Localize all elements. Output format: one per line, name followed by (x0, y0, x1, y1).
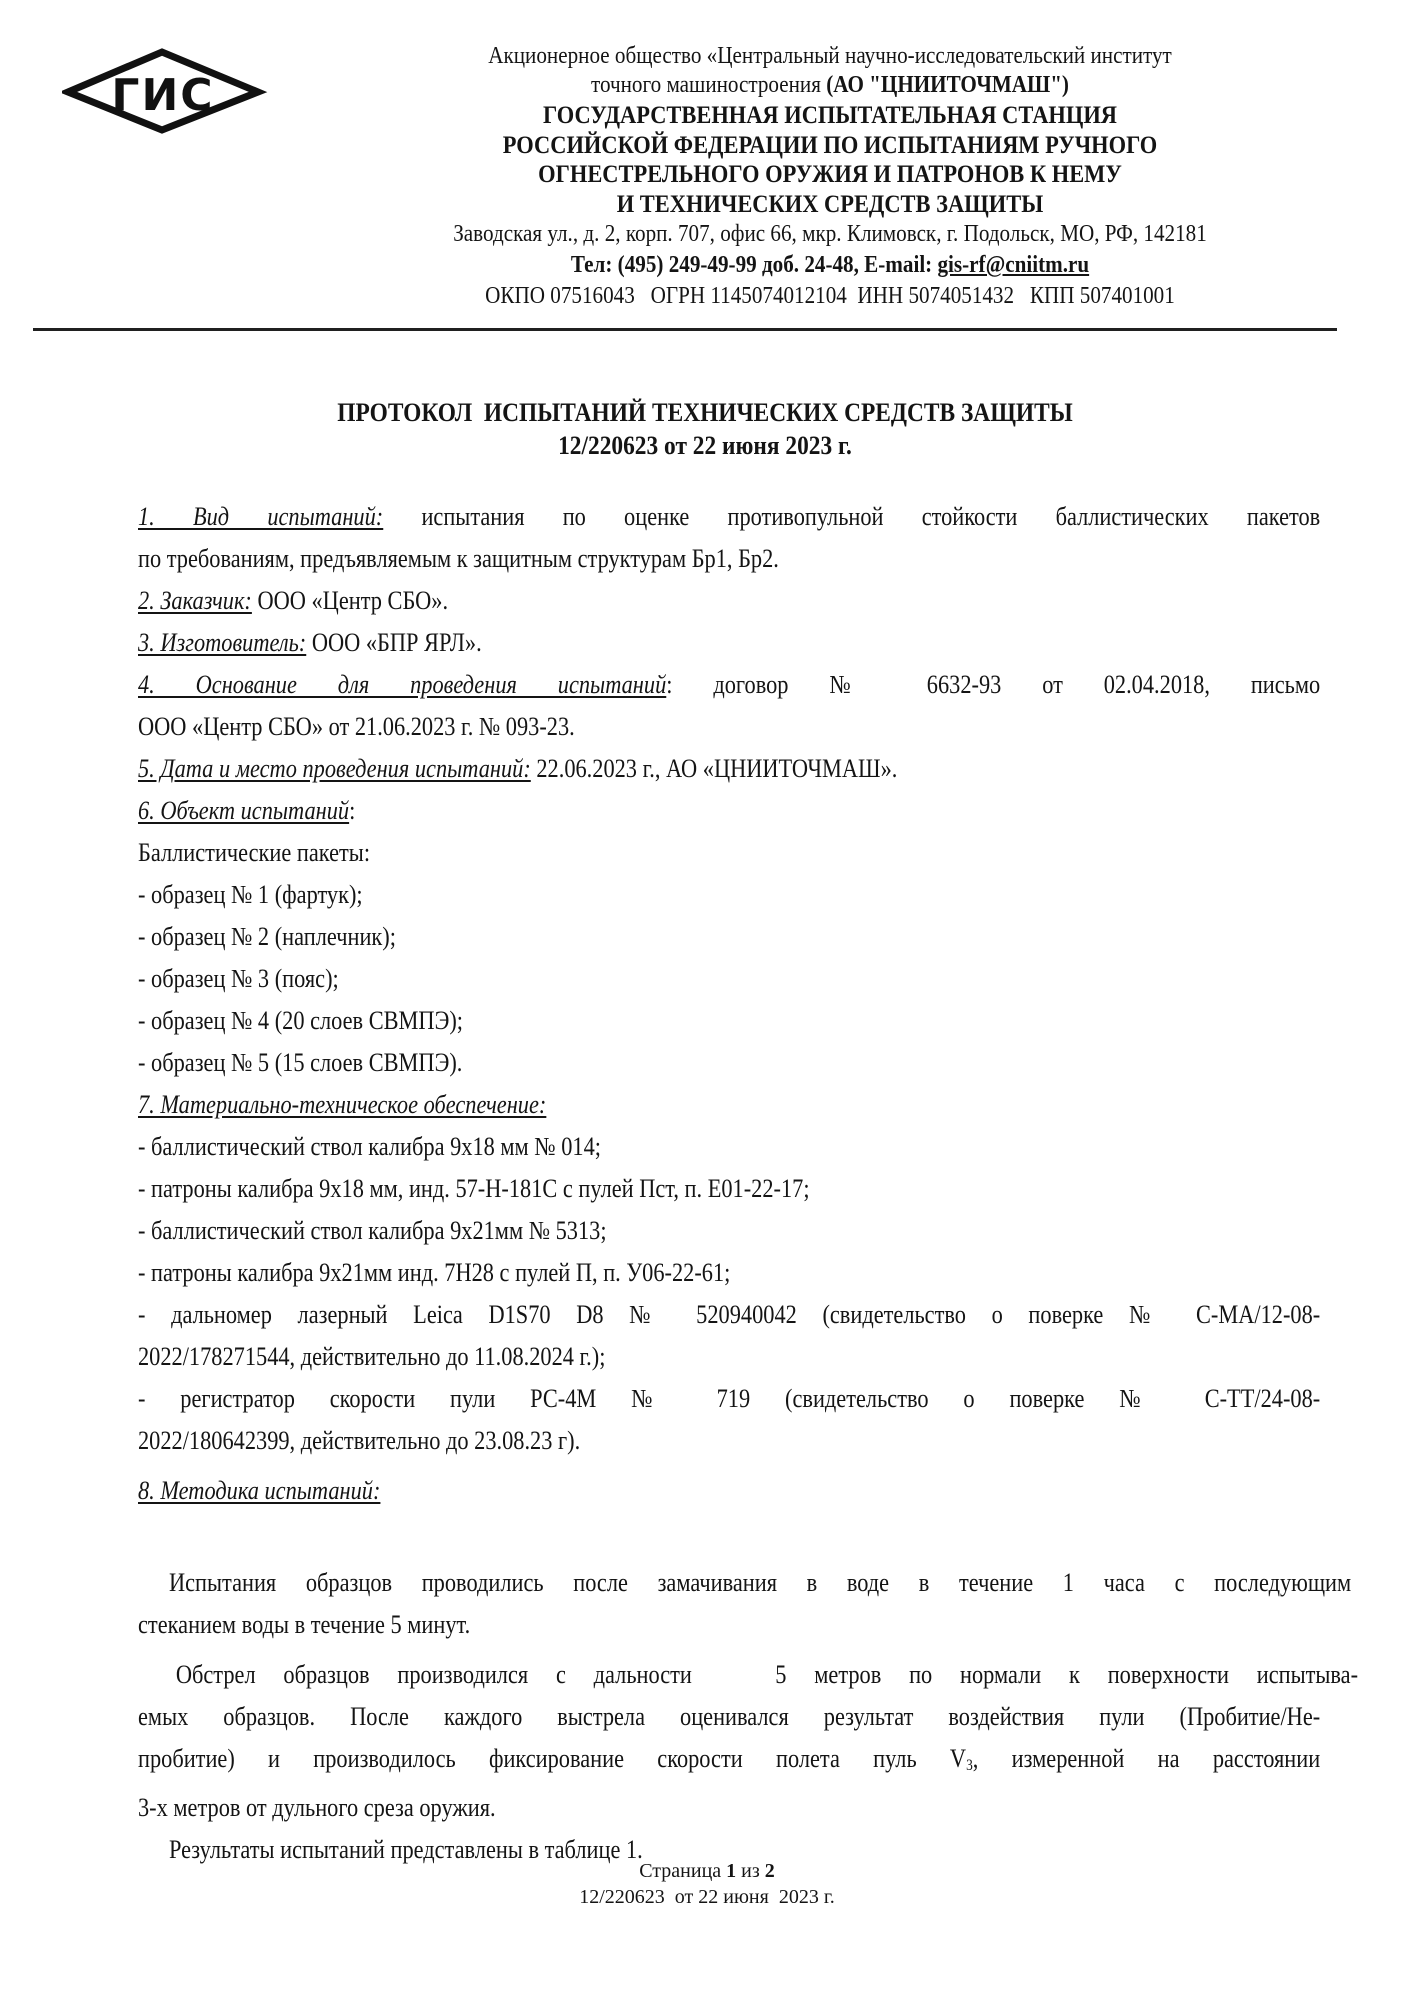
registry-codes: ОКПО 07516043 ОГРН 1145074012104 ИНН 507… (390, 281, 1270, 312)
equipment-item: - баллистический ствол калибра 9х21мм № … (138, 1210, 1320, 1252)
page-number: Страница 1 из 2 (400, 1858, 1014, 1884)
sample-item: - образец № 2 (наплечник); (138, 916, 1320, 958)
document-title: ПРОТОКОЛ ИСПЫТАНИЙ ТЕХНИЧЕСКИХ СРЕДСТВ З… (130, 396, 1280, 462)
footer-doc-ref: 12/220623 от 22 июня 2023 г. (400, 1884, 1014, 1910)
section-1: 1. Вид испытаний: испытания по оценке пр… (138, 496, 1320, 538)
sample-item: - образец № 5 (15 слоев СВМПЭ). (138, 1042, 1320, 1084)
method-paragraph-cont: пробитие) и производилось фиксирование с… (138, 1738, 1320, 1787)
org-name-line-2: точного машиностроения (АО "ЦНИИТОЧМАШ") (390, 71, 1270, 100)
organization-header: Акционерное общество «Центральный научно… (330, 42, 1330, 218)
phone-email-line: Тел: (495) 249-49-99 доб. 24-48, E-mail:… (390, 250, 1270, 281)
station-line: И ТЕХНИЧЕСКИХ СРЕДСТВ ЗАЩИТЫ (390, 189, 1270, 219)
equipment-item-cont: 2022/178271544, действительно до 11.08.2… (138, 1336, 1320, 1378)
sample-item: - образец № 1 (фартук); (138, 874, 1320, 916)
title-line: ПРОТОКОЛ ИСПЫТАНИЙ ТЕХНИЧЕСКИХ СРЕДСТВ З… (188, 396, 1223, 429)
section-label: 8. Методика испытаний: (138, 1476, 380, 1505)
section-3: 3. Изготовитель: ООО «БПР ЯРЛ». (138, 622, 1320, 664)
equipment-item: - баллистический ствол калибра 9х18 мм №… (138, 1126, 1320, 1168)
method-paragraph-cont: 3-х метров от дульного среза оружия. (138, 1787, 1320, 1829)
header-divider (33, 328, 1337, 331)
section-label: 1. Вид испытаний: (138, 502, 383, 531)
section-label: 6. Объект испытаний (138, 796, 349, 825)
gis-logo-icon: ГИС (62, 46, 268, 136)
section-7: 7. Материально-техническое обеспечение: (138, 1084, 1320, 1126)
document-body: 1. Вид испытаний: испытания по оценке пр… (138, 496, 1320, 1871)
title-number-date: 12/220623 от 22 июня 2023 г. (188, 429, 1223, 462)
station-line: ОГНЕСТРЕЛЬНОГО ОРУЖИЯ И ПАТРОНОВ К НЕМУ (390, 159, 1270, 189)
section-6-intro: Баллистические пакеты: (138, 832, 1320, 874)
section-8: 8. Методика испытаний: (138, 1470, 1320, 1512)
section-label: 4. Основание для проведения испытаний (138, 670, 666, 699)
section-label: 7. Материально-техническое обеспечение: (138, 1090, 546, 1119)
equipment-item: - патроны калибра 9х21мм инд. 7Н28 с пул… (138, 1252, 1320, 1294)
method-paragraph: Испытания образцов проводились после зам… (138, 1562, 1351, 1604)
page-footer: Страница 1 из 2 12/220623 от 22 июня 202… (400, 1858, 1014, 1910)
equipment-item: - патроны калибра 9х18 мм, инд. 57-Н-181… (138, 1168, 1320, 1210)
org-name-line: Акционерное общество «Центральный научно… (390, 42, 1270, 71)
equipment-item: - регистратор скорости пули РС-4М № 719 … (138, 1378, 1320, 1420)
section-6: 6. Объект испытаний: (138, 790, 1320, 832)
sample-item: - образец № 3 (пояс); (138, 958, 1320, 1000)
contact-info: Заводская ул., д. 2, корп. 707, офис 66,… (330, 219, 1330, 312)
sample-item: - образец № 4 (20 слоев СВМПЭ); (138, 1000, 1320, 1042)
method-paragraph-cont: стеканием воды в течение 5 минут. (138, 1604, 1320, 1646)
section-5: 5. Дата и место проведения испытаний: 22… (138, 748, 1320, 790)
equipment-item-cont: 2022/180642399, действительно до 23.08.2… (138, 1420, 1320, 1462)
method-paragraph-cont: емых образцов. После каждого выстрела оц… (138, 1696, 1320, 1738)
section-4-cont: ООО «Центр СБО» от 21.06.2023 г. № 093-2… (138, 706, 1320, 748)
svg-text:ГИС: ГИС (111, 70, 214, 121)
station-line: ГОСУДАРСТВЕННАЯ ИСПЫТАТЕЛЬНАЯ СТАНЦИЯ (390, 100, 1270, 130)
email-link[interactable]: gis-rf@cniitm.ru (937, 252, 1089, 278)
document-page: ГИС Акционерное общество «Центральный на… (0, 0, 1414, 2000)
section-2: 2. Заказчик: ООО «Центр СБО». (138, 580, 1320, 622)
section-label: 5. Дата и место проведения испытаний: (138, 754, 531, 783)
equipment-item: - дальномер лазерный Leica D1S70 D8 № 52… (138, 1294, 1320, 1336)
section-1-cont: по требованиям, предъявляемым к защитным… (138, 538, 1320, 580)
address: Заводская ул., д. 2, корп. 707, офис 66,… (390, 219, 1270, 250)
section-4: 4. Основание для проведения испытаний: д… (138, 664, 1320, 706)
section-label: 2. Заказчик: (138, 586, 252, 615)
method-paragraph: Обстрел образцов производился с дальност… (138, 1654, 1358, 1696)
section-label: 3. Изготовитель: (138, 628, 306, 657)
station-line: РОССИЙСКОЙ ФЕДЕРАЦИИ ПО ИСПЫТАНИЯМ РУЧНО… (390, 130, 1270, 160)
